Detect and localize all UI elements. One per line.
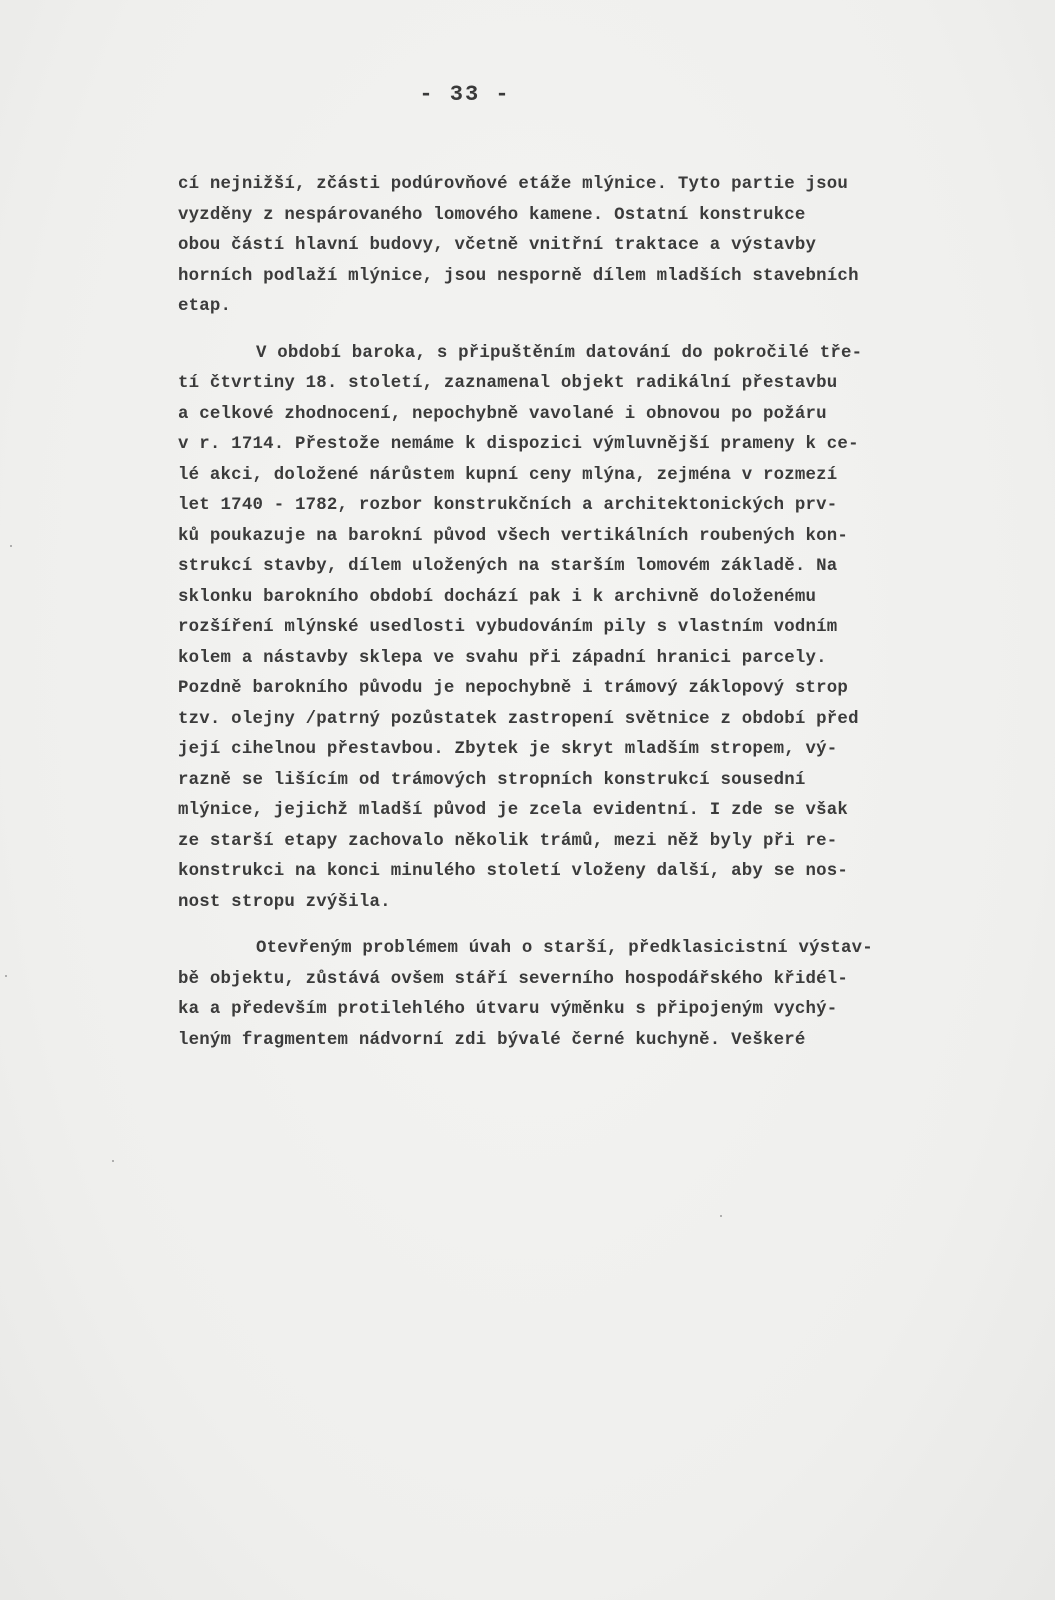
- text-line: ze starší etapy zachovalo několik trámů,…: [178, 827, 1048, 858]
- text-line: a celkové zhodnocení, nepochybně vavolan…: [178, 400, 1048, 431]
- text-line: cí nejnižší, zčásti podúrovňové etáže ml…: [178, 170, 1048, 201]
- text-line: obou částí hlavní budovy, včetně vnitřní…: [178, 231, 1048, 262]
- text-line: etap.: [178, 292, 1048, 323]
- paragraph-2: V období baroka, s připuštěním datování …: [178, 339, 1048, 919]
- text-line: razně se lišícím od trámových stropních …: [178, 766, 1048, 797]
- text-line: sklonku barokního období dochází pak i k…: [178, 583, 1048, 614]
- text-line: ků poukazuje na barokní původ všech vert…: [178, 522, 1048, 553]
- text-line: bě objektu, zůstává ovšem stáří severníh…: [178, 965, 1048, 996]
- body-text: cí nejnižší, zčásti podúrovňové etáže ml…: [178, 170, 1048, 1056]
- paragraph-gap: [178, 323, 1048, 339]
- text-line: její cihelnou přestavbou. Zbytek je skry…: [178, 735, 1048, 766]
- text-line: Pozdně barokního původu je nepochybně i …: [178, 674, 1048, 705]
- paragraph-3: Otevřeným problémem úvah o starší, předk…: [178, 934, 1048, 1056]
- text-line: kolem a nástavby sklepa ve svahu při záp…: [178, 644, 1048, 675]
- text-line: tí čtvrtiny 18. století, zaznamenal obje…: [178, 369, 1048, 400]
- page-number: - 33 -: [0, 82, 930, 107]
- typewritten-page: - 33 - cí nejnižší, zčásti podúrovňové e…: [0, 0, 1055, 1600]
- text-line: vyzděny z nespárovaného lomového kamene.…: [178, 201, 1048, 232]
- text-line: lé akci, doložené nárůstem kupní ceny ml…: [178, 461, 1048, 492]
- text-line: V období baroka, s připuštěním datování …: [178, 339, 1048, 370]
- text-line: rozšíření mlýnské usedlosti vybudováním …: [178, 613, 1048, 644]
- text-line: nost stropu zvýšila.: [178, 888, 1048, 919]
- paragraph-1: cí nejnižší, zčásti podúrovňové etáže ml…: [178, 170, 1048, 323]
- paragraph-gap: [178, 918, 1048, 934]
- text-line: Otevřeným problémem úvah o starší, předk…: [178, 934, 1048, 965]
- text-line: v r. 1714. Přestože nemáme k dispozici v…: [178, 430, 1048, 461]
- text-line: leným fragmentem nádvorní zdi bývalé čer…: [178, 1026, 1048, 1057]
- text-line: tzv. olejny /patrný pozůstatek zastropen…: [178, 705, 1048, 736]
- text-line: strukcí stavby, dílem uložených na starš…: [178, 552, 1048, 583]
- text-line: ka a především protilehlého útvaru výměn…: [178, 995, 1048, 1026]
- text-line: mlýnice, jejichž mladší původ je zcela e…: [178, 796, 1048, 827]
- text-line: horních podlaží mlýnice, jsou nesporně d…: [178, 262, 1048, 293]
- text-line: let 1740 - 1782, rozbor konstrukčních a …: [178, 491, 1048, 522]
- text-line: konstrukci na konci minulého století vlo…: [178, 857, 1048, 888]
